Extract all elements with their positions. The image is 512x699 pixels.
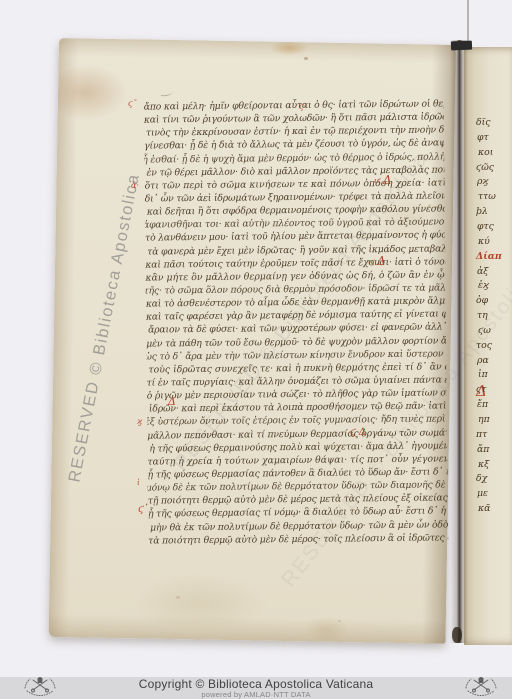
right-page-text-fragment: Δίαπ [476, 251, 502, 262]
right-page-text-fragment: κοι [478, 147, 493, 158]
rubric-mark: ϛ· [299, 102, 306, 111]
right-page-text-fragment: ϸλ [476, 206, 488, 217]
foxing-speck [304, 57, 308, 60]
right-page-text-fragment: ττω [478, 191, 496, 202]
binding-gutter [450, 40, 468, 643]
right-page-text-fragment: κᾶ [478, 503, 490, 514]
rubric-mark: ϗ [137, 417, 142, 426]
manuscript-text-line: τὰ ποιότητι θερμῷ αὐτὸ μὲν δὲ μέρος· τοῖ… [148, 531, 448, 547]
rubric-mark: Δ [383, 173, 392, 187]
manuscript-text-block: ἄπο καὶ μέλη· ἡμῖν φθείρονται αὗται ὁ θς… [144, 97, 449, 548]
rubric-mark: Δ [377, 254, 386, 268]
right-page-text-fragment: φτ [477, 132, 489, 143]
right-page-text-fragment: δχ [476, 473, 487, 484]
right-page-text-fragment: τη [477, 310, 488, 321]
footer-copyright: Copyright © Biblioteca Apostolica Vatica… [0, 677, 512, 691]
rubric-mark: ιϛ [374, 177, 381, 185]
right-page-text-fragment: ὀφ [476, 295, 488, 306]
right-page-text-fragment: κξ [478, 459, 489, 470]
right-page-text-fragment: ρα [477, 355, 489, 366]
foxing-speck [428, 204, 431, 207]
right-page-text-fragment: ϛτ [476, 384, 486, 395]
vatican-library-emblem-icon [461, 674, 501, 699]
right-page-text-fragment: ἔπ [477, 399, 488, 410]
rubric-mark: ιϛ [368, 258, 375, 266]
binding-clip [451, 41, 472, 51]
right-page-text-fragment: ρϗ [477, 176, 488, 187]
right-page-text-fragment: κύ [478, 236, 490, 247]
right-page-text-fragment: δϊς [476, 117, 490, 128]
pencil-mark [160, 88, 175, 97]
rubric-mark: ϛ῾ [138, 504, 149, 515]
rubric-mark: ϛ῀ [128, 99, 136, 108]
right-page-text-fragment: με [477, 488, 488, 499]
manuscript-viewer: RESERVED © Biblioteca Apostolica RESERVE… [0, 0, 512, 699]
right-page-text-fragment: ϛῶς [476, 162, 494, 173]
right-page-text-fragment: πτ [476, 429, 487, 440]
rubric-mark: ἀ· [131, 181, 139, 190]
foxing-speck [176, 596, 180, 599]
right-page-text-fragment: ϛω [478, 325, 491, 336]
footer-powered-by: powered by AMLAD·NTT DATA [0, 690, 512, 699]
foxing-speck [338, 620, 341, 622]
gutter-ink-blot [452, 627, 462, 643]
rubric-mark: Δ [168, 395, 176, 408]
rubric-mark: ϛ Δ [350, 427, 366, 438]
vatican-library-emblem-icon [20, 674, 60, 699]
right-page-text-fragment: ηπ [478, 414, 490, 425]
right-page-text-fragment: φτς [477, 221, 494, 232]
rubric-mark: ἱ [137, 479, 140, 487]
right-page-text-fragment: ἀξ [477, 266, 488, 277]
right-page-text-fragment: ἐϗ [478, 280, 489, 291]
right-page-text-fragment: ἄπ [477, 444, 489, 455]
right-page-text-fragment: τος [476, 340, 492, 351]
right-page-text-fragment: ἰπ [478, 369, 488, 380]
hanging-thread [467, 0, 469, 43]
